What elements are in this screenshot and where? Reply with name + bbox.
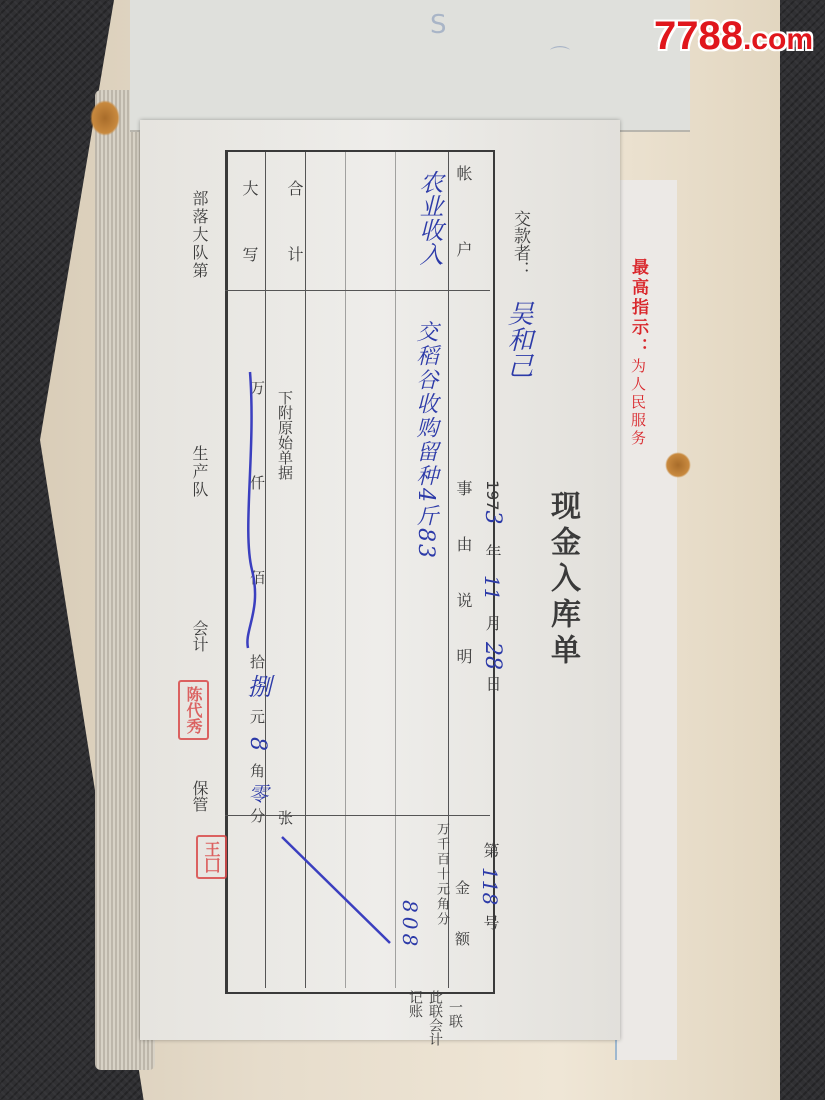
receipt-title: 现金入库单 (540, 490, 584, 670)
keeper-label: 保管 (188, 780, 211, 812)
faint-bleed-text: ⌒ (550, 40, 570, 69)
receipt-number: 第 118 号 (478, 842, 502, 930)
watermark-number: 7788 (654, 14, 743, 58)
amount-jiao: 0 (398, 917, 422, 934)
payer-value: 吴和己 (500, 300, 537, 378)
number-suffix: 号 (481, 914, 500, 930)
amount-strike-line (280, 835, 400, 945)
motto-body: 为人民服务 (629, 358, 647, 448)
amount-yuan: 8 (398, 900, 422, 917)
cap-value-jiao: 零 (245, 783, 269, 803)
day-value: 28 (480, 642, 505, 670)
amount-digits: 808 (398, 900, 422, 950)
cap-unit-shi: 拾 (248, 654, 266, 669)
accountant-label: 会计 (188, 620, 211, 652)
previous-page-sheet: S ⌒ (130, 0, 690, 132)
amount-units-header: 万千百十元角分 (432, 822, 451, 927)
motto-label: 最高指示： (628, 258, 648, 358)
unit-shi: 十 (434, 867, 449, 882)
team-label: 生产队 (188, 445, 211, 499)
unit-bai: 百 (434, 852, 449, 867)
faint-bleed-text: S (430, 10, 447, 40)
unit-wan: 万 (434, 822, 449, 837)
cap-value-yuan: 8 (245, 737, 270, 751)
amount-fen: 8 (398, 933, 422, 950)
site-watermark: 7788.com (654, 14, 813, 59)
account-column-header: 帐户 (452, 165, 475, 317)
attachment-unit: 张 (275, 810, 296, 825)
amount-column-header: 金额 (452, 880, 473, 982)
total-label: 合计 (283, 180, 306, 312)
number-prefix: 第 (481, 842, 500, 858)
watermark-domain: .com (743, 23, 813, 56)
unit-qian: 千 (434, 837, 449, 852)
brigade-label: 部落大队第 (188, 190, 211, 280)
strike-through-line (230, 370, 270, 650)
month-unit: 月 (483, 615, 502, 631)
cap-unit-yuan: 元 (248, 709, 266, 724)
attachment-note: 下附原始单据 (275, 390, 296, 480)
year-prefix: 197 (483, 480, 502, 511)
description-value: 交稻谷收购留种4斤83 (410, 320, 441, 560)
year-unit: 年 (483, 544, 502, 560)
number-value: 118 (478, 867, 502, 905)
cap-unit-jiao: 角 (248, 763, 266, 778)
month-value: 11 (480, 575, 504, 600)
year-digit: 3 (480, 511, 505, 525)
day-unit: 日 (483, 675, 502, 691)
unit-yuan: 元 (434, 882, 449, 897)
accountant-seal: 陈代秀 (178, 680, 209, 740)
capital-label: 大写 (238, 180, 261, 312)
cap-value-shi: 捌 (243, 674, 271, 698)
account-value: 农业收入 (412, 170, 447, 266)
rust-stain (665, 452, 691, 478)
cap-unit-fen: 分 (248, 808, 266, 823)
unit-fen: 分 (434, 912, 449, 927)
rust-stain (90, 100, 120, 136)
motto-text: 最高指示：为人民服务 (626, 258, 651, 448)
copy-label: 一联 (445, 1000, 465, 1028)
description-column-header: 事由说明 (452, 480, 475, 704)
unit-jiao: 角 (434, 897, 449, 912)
date-field: 1973 年 11 月 28 日 (480, 480, 505, 691)
column-divider (225, 290, 490, 291)
keeper-seal: 王囗 (196, 835, 227, 879)
payer-label: 交款者： (508, 210, 533, 278)
copy-note: 此联会计记账 (405, 990, 445, 1050)
